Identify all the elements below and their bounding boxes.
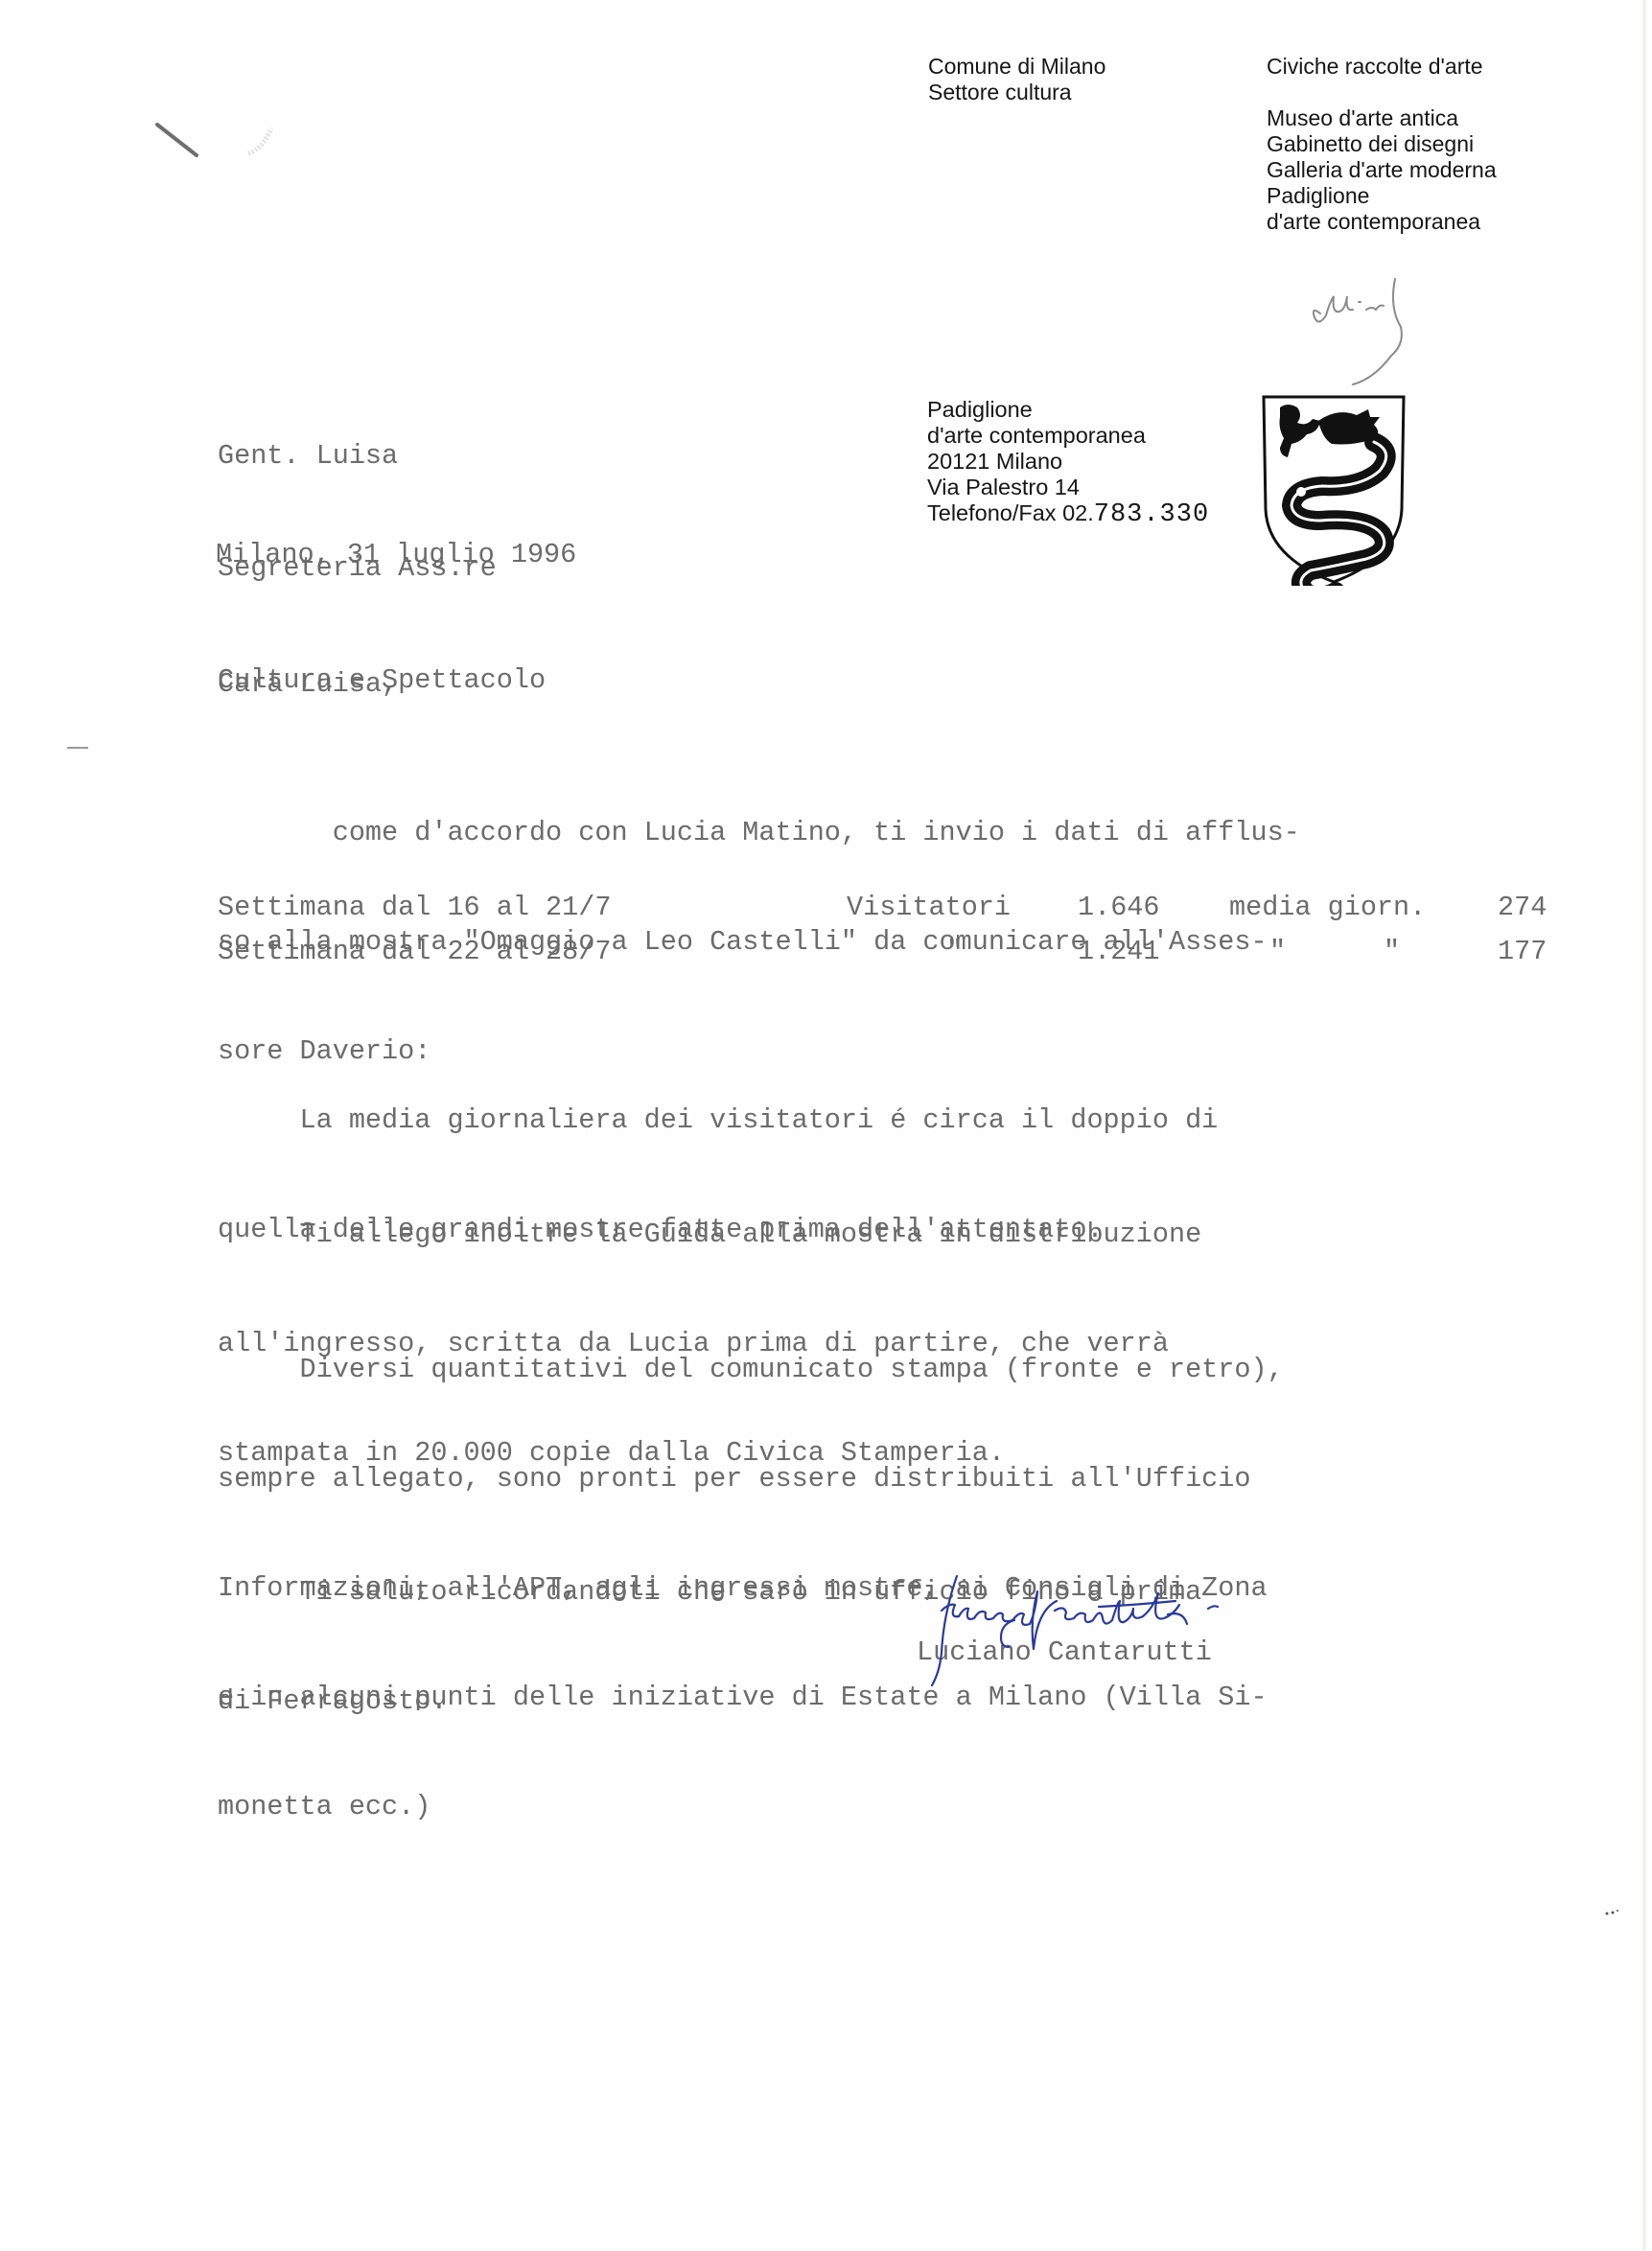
letterhead-municipality: Comune di Milano Settore cultura (928, 54, 1105, 105)
ditto-mark: " (946, 936, 963, 967)
paragraph-line: di Ferragosto. (218, 1682, 1201, 1717)
week-period: Settimana dal 16 al 21/7 (218, 892, 611, 923)
collection-item: Padiglione (1267, 183, 1497, 209)
collection-item: d'arte contemporanea (1267, 209, 1497, 235)
address-line: Padiglione (927, 397, 1209, 423)
letter-page: Comune di Milano Settore cultura Civiche… (0, 0, 1652, 2251)
letterhead-address: Padiglione d'arte contemporanea 20121 Mi… (927, 397, 1209, 528)
paragraph-line: monetta ecc.) (218, 1788, 1284, 1822)
ditto-mark: " (1384, 936, 1400, 967)
ink-speck-mark (1603, 1908, 1622, 1917)
paragraph-line: come d'accordo con Lucia Matino, ti invi… (218, 814, 1300, 848)
phone-line: Telefono/Fax 02.783.330 (927, 500, 1209, 528)
visitors-count: 1.241 (1078, 936, 1160, 967)
collections-title: Civiche raccolte d'arte (1267, 54, 1497, 80)
paragraph-line: sempre allegato, sono pronti per essere … (218, 1460, 1284, 1495)
address-line: 20121 Milano (927, 449, 1209, 475)
daily-average-value: 274 (1498, 892, 1547, 923)
collection-item: Gabinetto dei disegni (1267, 131, 1497, 157)
paragraph-line: Ti allego inoltre la Guida alla mostra i… (218, 1216, 1201, 1250)
address-line: d'arte contemporanea (927, 423, 1209, 449)
margin-tick-mark (67, 747, 88, 749)
week-period: Settimana dal 22 al 28/7 (218, 936, 611, 967)
faint-smudge-mark (244, 123, 278, 161)
page-edge-shadow (1642, 0, 1646, 2251)
visitors-count: 1.646 (1078, 892, 1160, 923)
paragraph-line: La media giornaliera dei visitatori é ci… (218, 1102, 1218, 1136)
daily-average-label: media giorn. (1229, 892, 1426, 923)
address-line: Via Palestro 14 (927, 475, 1209, 500)
pencil-annotation (1299, 273, 1414, 388)
department-name: Settore cultura (928, 80, 1105, 105)
stray-pencil-mark (153, 120, 211, 163)
recipient-line: Gent. Luisa (218, 437, 546, 475)
phone-number: 783.330 (1094, 500, 1209, 529)
milan-biscione-coat-of-arms-icon (1261, 394, 1407, 586)
phone-label: Telefono/Fax 02. (927, 500, 1094, 525)
collection-item: Galleria d'arte moderna (1267, 157, 1497, 183)
handwritten-signature (911, 1572, 1294, 1687)
letter-date: Milano, 31 luglio 1996 (216, 536, 576, 573)
salutation: Cara Luisa, (218, 665, 398, 703)
municipality-name: Comune di Milano (928, 54, 1105, 80)
ditto-mark: " (1269, 936, 1286, 967)
daily-average-value: 177 (1498, 936, 1547, 967)
visitors-label: Visitatori (847, 892, 1011, 923)
letterhead-collections: Civiche raccolte d'arte Museo d'arte ant… (1267, 54, 1497, 235)
collection-item: Museo d'arte antica (1267, 105, 1497, 131)
paragraph-line: Diversi quantitativi del comunicato stam… (218, 1351, 1284, 1385)
